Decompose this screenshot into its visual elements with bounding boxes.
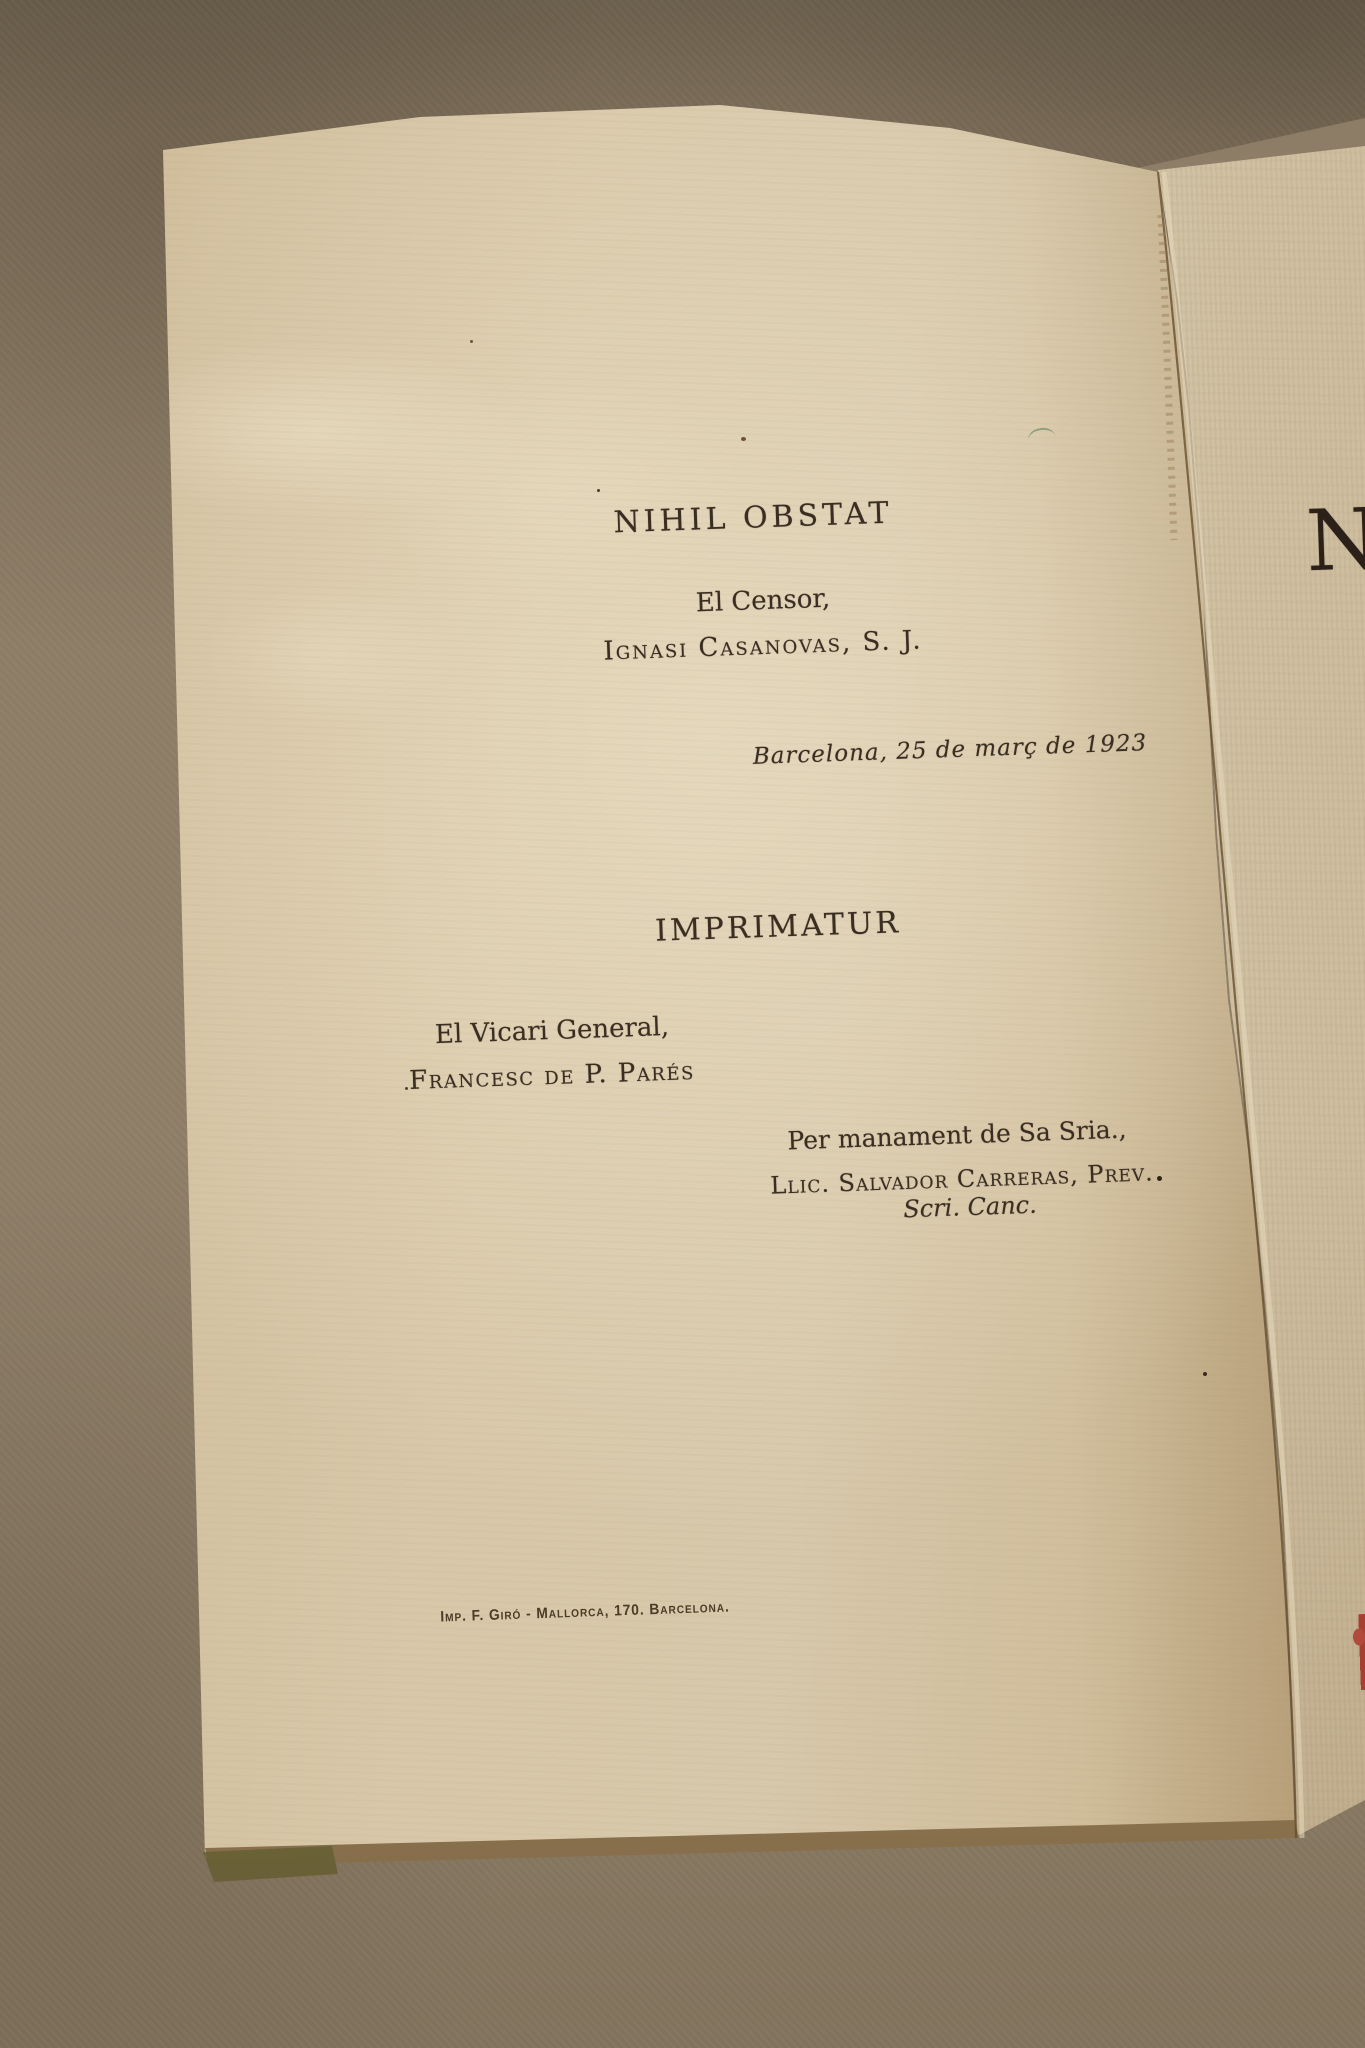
ink-speck [470,340,473,343]
red-ink-fragment [1352,1614,1365,1691]
facing-page-partial-letter: N [1305,490,1365,591]
ink-speck [597,489,600,492]
gutter-seam [0,0,1365,2048]
ink-speck [1203,1372,1207,1376]
mandate-role: Scri. Canc. [903,1191,1037,1224]
photo-of-open-book: NIHIL OBSTAT El Censor, Ignasi Casanovas… [0,0,1365,2048]
ink-speck [1157,1176,1162,1181]
ink-speck [405,1087,408,1090]
ink-speck [741,437,746,441]
censor-label: El Censor, [695,584,830,619]
